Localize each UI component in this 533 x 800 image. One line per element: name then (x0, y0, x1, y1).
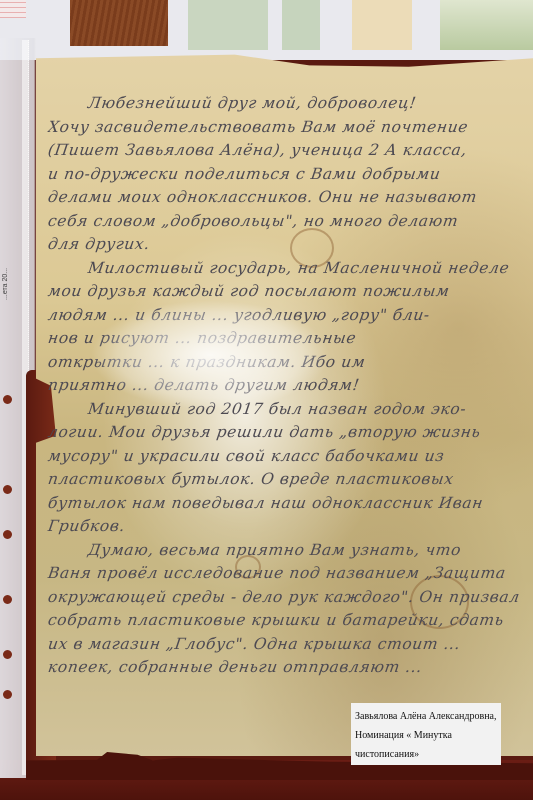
punch-hole (3, 650, 12, 659)
graph-paper-corner (0, 0, 26, 18)
author-name: Завьялова Алёна Александровна, (355, 707, 497, 726)
letter-line: собрать пластиковые крышки и батарейки, … (46, 609, 529, 633)
letter-line: людям ... и блины ... угодливую „гору" б… (46, 304, 529, 328)
letter-line: Минувший год 2017 был назван годом эко- (46, 398, 529, 422)
nomination-line: Номинация « Минутка (355, 726, 497, 745)
caption-label: Завьялова Алёна Александровна, Номинация… (351, 703, 501, 765)
letter-line: окружающей среды - дело рук каждого". Он… (46, 586, 529, 610)
letter-line: (Пишет Завьялова Алёна), ученица 2 А кла… (46, 139, 529, 163)
letter-line: делами моих одноклассников. Они не назыв… (46, 186, 529, 210)
nomination-line-cont: чистописания» (355, 745, 497, 764)
letter-line: Милостивый государь, на Масленичной неде… (46, 257, 529, 281)
letter-line: пластиковых бутылок. О вреде пластиковых (46, 468, 529, 492)
punch-hole (3, 690, 12, 699)
letter-line: мои друзья каждый год посылают пожилым (46, 280, 529, 304)
letter-line: Думаю, весьма приятно Вам узнать, что (46, 539, 529, 563)
letter-line: нов и рисуют ... поздравительные (46, 327, 529, 351)
letter-line: Хочу засвидетельствовать Вам моё почтени… (46, 116, 529, 140)
letter-line: приятно ... делать другим людям! (46, 374, 529, 398)
letter-line: для других. (46, 233, 529, 257)
letter-line: бутылок нам поведывал наш одноклассник И… (46, 492, 529, 516)
handwritten-letter: Любезнейший друг мой, доброволец!Хочу за… (48, 92, 528, 680)
letter-line: и по-дружески поделиться с Вами добрыми (46, 163, 529, 187)
punch-hole (3, 595, 12, 604)
punch-hole (3, 530, 12, 539)
letter-line: Любезнейший друг мой, доброволец! (46, 92, 529, 116)
letter-line: копеек, собранные деньги отправляют ... (46, 656, 529, 680)
letter-line: открытки ... к праздникам. Ибо им (46, 351, 529, 375)
punch-hole (3, 395, 12, 404)
letter-line: себя словом „добровольцы", но много дела… (46, 210, 529, 234)
letter-line: Ваня провёл исследование под названием „… (46, 562, 529, 586)
punch-hole (3, 485, 12, 494)
sleeve-side-text: ...ета 20... (2, 268, 9, 300)
letter-line: их в магазин „Глобус". Одна крышка стоит… (46, 633, 529, 657)
letter-line: логии. Мои друзья решили дать „вторую жи… (46, 421, 529, 445)
letter-line: мусору" и украсили свой класс бабочками … (46, 445, 529, 469)
letter-line: Грибков. (46, 515, 529, 539)
